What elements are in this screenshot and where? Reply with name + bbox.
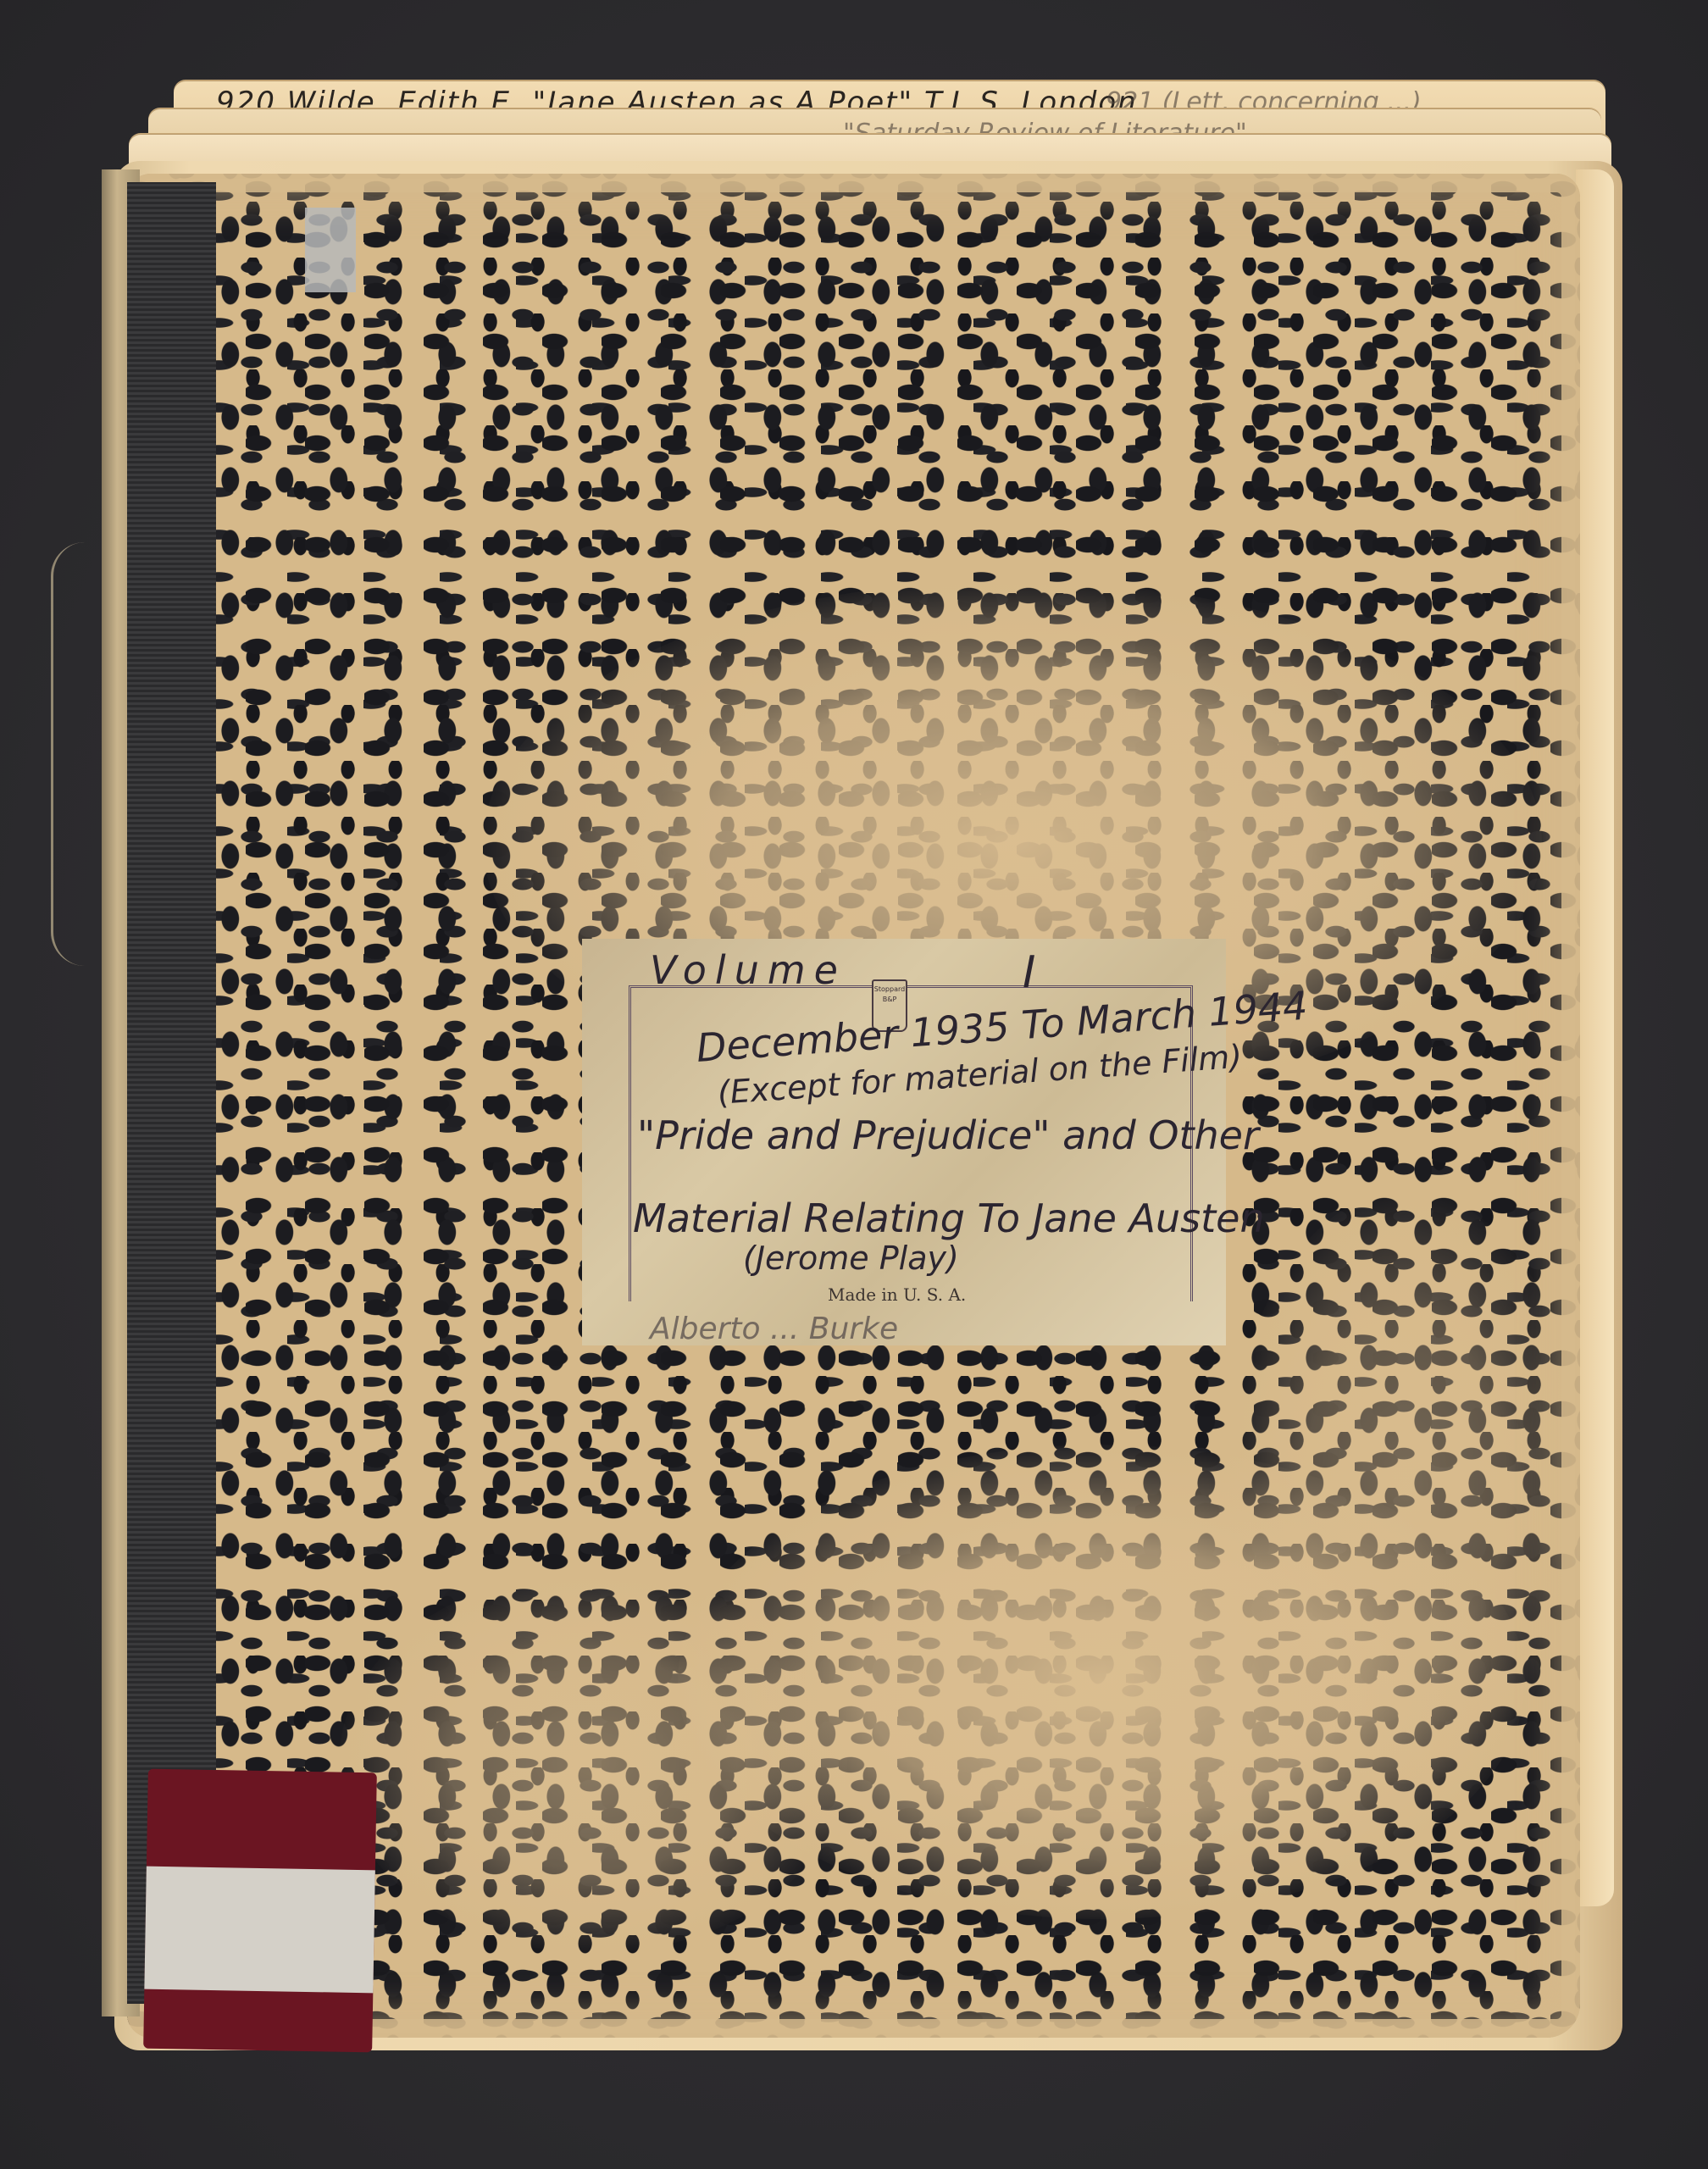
library-spine-label	[143, 1769, 377, 2053]
title-line: "Pride and Prejudice" and Other	[637, 1112, 1259, 1158]
play-note: (Jerome Play)	[743, 1240, 959, 1277]
library-label-white-band	[144, 1867, 374, 1994]
made-in-text: Made in U. S. A.	[828, 1284, 966, 1305]
volume-word: Volume	[650, 947, 846, 993]
loose-threads	[51, 542, 121, 966]
volume-numeral: I	[1023, 947, 1035, 998]
spine-patch	[305, 208, 356, 292]
spine-binding	[127, 182, 216, 2004]
cover-label: Stoppard B&P Volume I December 1935 To M…	[582, 939, 1226, 1345]
owner-signature: Alberto ... Burke	[650, 1312, 898, 1346]
material-line: Material Relating To Jane Austen	[633, 1195, 1265, 1241]
page-edges	[1576, 169, 1614, 1906]
